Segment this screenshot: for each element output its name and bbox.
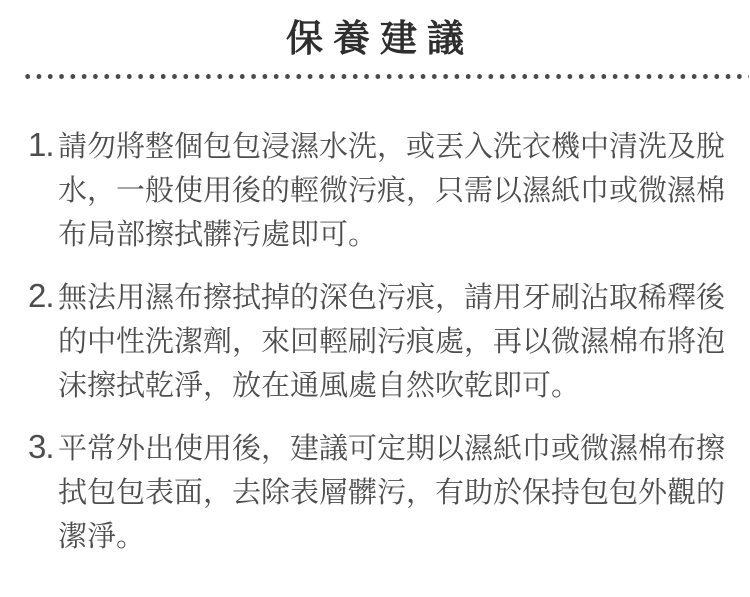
- care-instruction-item-3: 3. 平常外出使用後，建議可定期以濕紙巾或微濕棉布擦 拭包包表面，去除表層髒污，…: [28, 425, 730, 559]
- item-number: 3.: [28, 425, 58, 469]
- care-instructions-page: { "page": { "title": "保養建議" }, "instruct…: [0, 0, 750, 597]
- item-text-block: 請勿將整個包包浸濕水洗，或丟入洗衣機中清洗及脫 水，一般使用後的輕微污痕，只需以…: [58, 125, 730, 257]
- item-text-block: 無法用濕布擦拭掉的深色污痕，請用牙刷沾取稀釋後 的中性洗潔劑，來回輕刷污痕處，再…: [58, 276, 730, 408]
- page-title: 保養建議: [0, 17, 750, 61]
- dotted-divider: [22, 74, 749, 79]
- text-line: 水，一般使用後的輕微污痕，只需以濕紙巾或微濕棉: [58, 169, 730, 213]
- care-instructions-list: 1. 請勿將整個包包浸濕水洗，或丟入洗衣機中清洗及脫 水，一般使用後的輕微污痕，…: [28, 123, 730, 559]
- item-number: 2.: [28, 274, 58, 318]
- item-number: 1.: [28, 123, 58, 167]
- text-line: 潔淨。: [58, 515, 730, 559]
- item-text-block: 平常外出使用後，建議可定期以濕紙巾或微濕棉布擦 拭包包表面，去除表層髒污，有助於…: [58, 427, 730, 559]
- care-instruction-item-1: 1. 請勿將整個包包浸濕水洗，或丟入洗衣機中清洗及脫 水，一般使用後的輕微污痕，…: [28, 123, 730, 257]
- text-line: 拭包包表面，去除表層髒污，有助於保持包包外觀的: [58, 471, 730, 515]
- text-line: 平常外出使用後，建議可定期以濕紙巾或微濕棉布擦: [58, 427, 730, 471]
- text-line: 無法用濕布擦拭掉的深色污痕，請用牙刷沾取稀釋後: [58, 276, 730, 320]
- text-line: 的中性洗潔劑，來回輕刷污痕處，再以微濕棉布將泡: [58, 320, 730, 364]
- text-line: 請勿將整個包包浸濕水洗，或丟入洗衣機中清洗及脫: [58, 125, 730, 169]
- text-line: 沫擦拭乾淨，放在通風處自然吹乾即可。: [58, 364, 730, 408]
- care-instruction-item-2: 2. 無法用濕布擦拭掉的深色污痕，請用牙刷沾取稀釋後 的中性洗潔劑，來回輕刷污痕…: [28, 274, 730, 408]
- text-line: 布局部擦拭髒污處即可。: [58, 213, 730, 257]
